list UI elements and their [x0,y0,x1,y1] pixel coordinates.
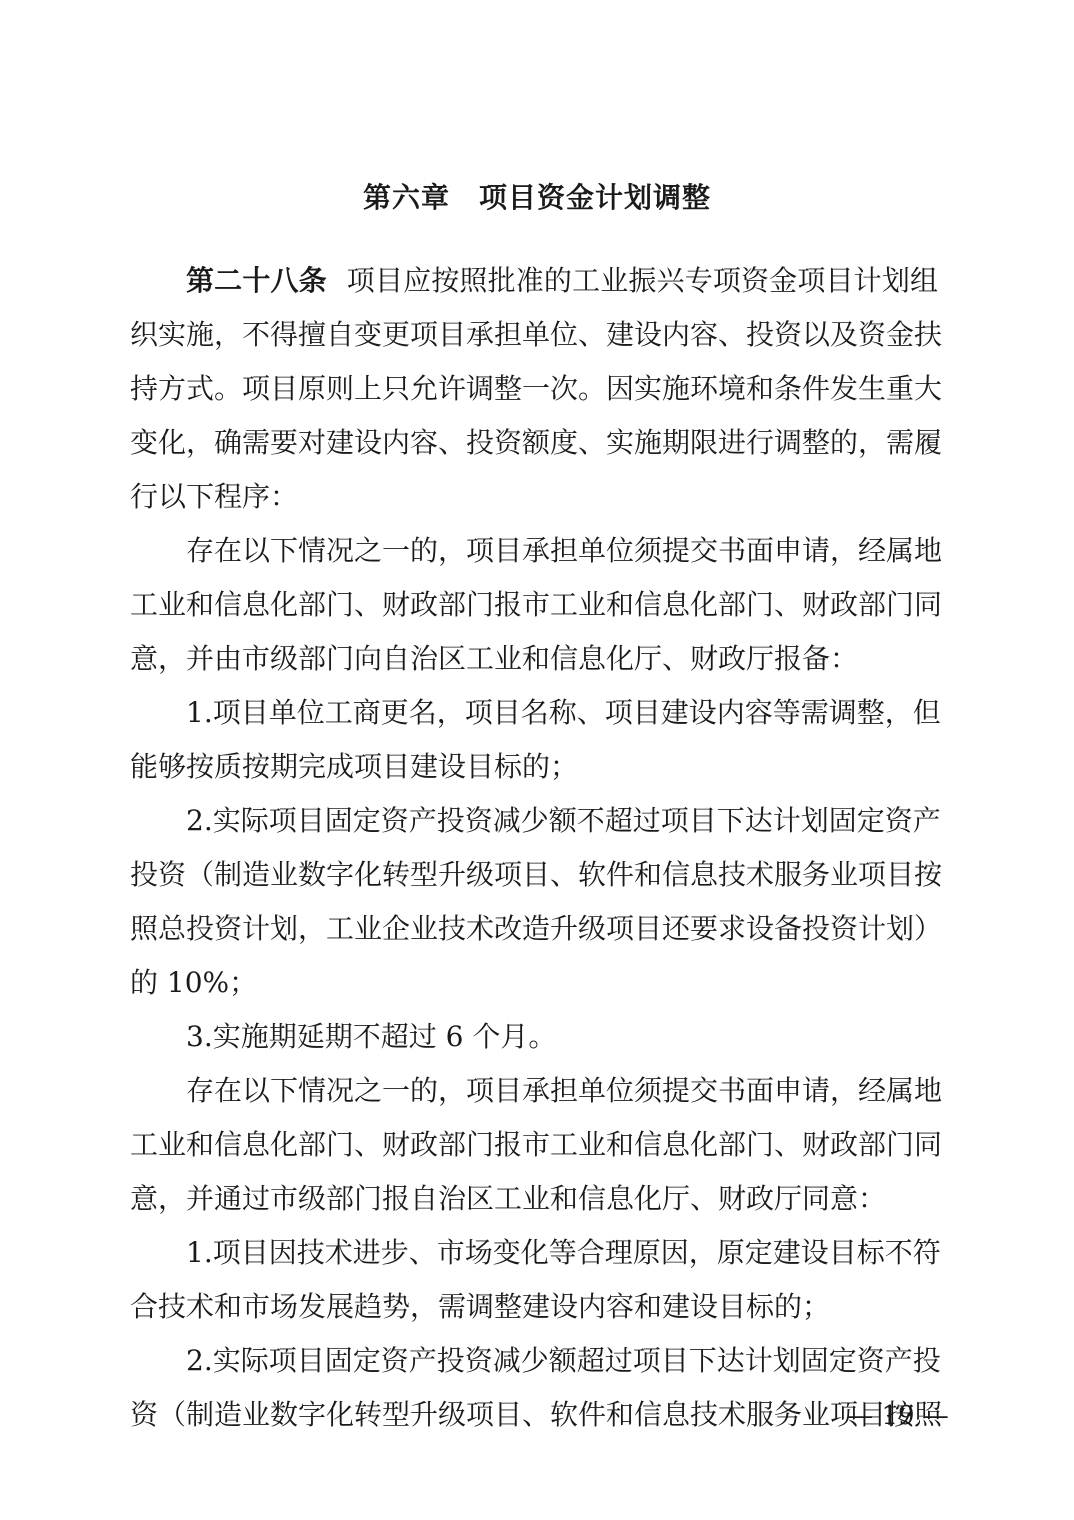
section-b-item-2-line: 资（制造业数字化转型升级项目、软件和信息技术服务业项目按照 [130,1388,938,1442]
chapter-title: 第六章 项目资金计划调整 [0,178,1074,218]
article-line: 第二十八条项目应按照批准的工业振兴专项资金项目计划组 [130,254,938,308]
section-a-item-2-line: 的 10%； [130,956,938,1010]
page-number: — 19 — [838,1398,958,1434]
section-b-item-1-line: 合技术和市场发展趋势，需调整建设内容和建设目标的； [130,1280,938,1334]
section-b-intro-line: 存在以下情况之一的，项目承担单位须提交书面申请，经属地 [130,1064,938,1118]
section-a-intro-line: 工业和信息化部门、财政部门报市工业和信息化部门、财政部门同 [130,578,938,632]
section-a-intro-line: 意，并由市级部门向自治区工业和信息化厅、财政厅报备： [130,632,938,686]
section-a-intro-line: 存在以下情况之一的，项目承担单位须提交书面申请，经属地 [130,524,938,578]
article-line: 织实施，不得擅自变更项目承担单位、建设内容、投资以及资金扶 [130,308,938,362]
article-line: 变化，确需要对建设内容、投资额度、实施期限进行调整的，需履 [130,416,938,470]
section-b-item-1-line: 1.项目因技术进步、市场变化等合理原因，原定建设目标不符 [130,1226,938,1280]
article-label: 第二十八条 [186,264,327,297]
article-line: 行以下程序： [130,470,938,524]
section-a-item-2-line: 2.实际项目固定资产投资减少额不超过项目下达计划固定资产 [130,794,938,848]
section-b-intro-line: 工业和信息化部门、财政部门报市工业和信息化部门、财政部门同 [130,1118,938,1172]
body-text: 第二十八条项目应按照批准的工业振兴专项资金项目计划组 织实施，不得擅自变更项目承… [130,254,938,1442]
section-b-intro-line: 意，并通过市级部门报自治区工业和信息化厅、财政厅同意： [130,1172,938,1226]
section-a-item-2-line: 照总投资计划，工业企业技术改造升级项目还要求设备投资计划） [130,902,938,956]
article-text: 项目应按照批准的工业振兴专项资金项目计划组 [347,264,938,297]
article-line: 持方式。项目原则上只允许调整一次。因实施环境和条件发生重大 [130,362,938,416]
section-b-item-2-line: 2.实际项目固定资产投资减少额超过项目下达计划固定资产投 [130,1334,938,1388]
section-a-item-1-line: 能够按质按期完成项目建设目标的； [130,740,938,794]
section-a-item-1-line: 1.项目单位工商更名，项目名称、项目建设内容等需调整，但 [130,686,938,740]
section-a-item-3-line: 3.实施期延期不超过 6 个月。 [130,1010,938,1064]
section-a-item-2-line: 投资（制造业数字化转型升级项目、软件和信息技术服务业项目按 [130,848,938,902]
document-page: 第六章 项目资金计划调整 第二十八条项目应按照批准的工业振兴专项资金项目计划组 … [0,0,1074,1520]
